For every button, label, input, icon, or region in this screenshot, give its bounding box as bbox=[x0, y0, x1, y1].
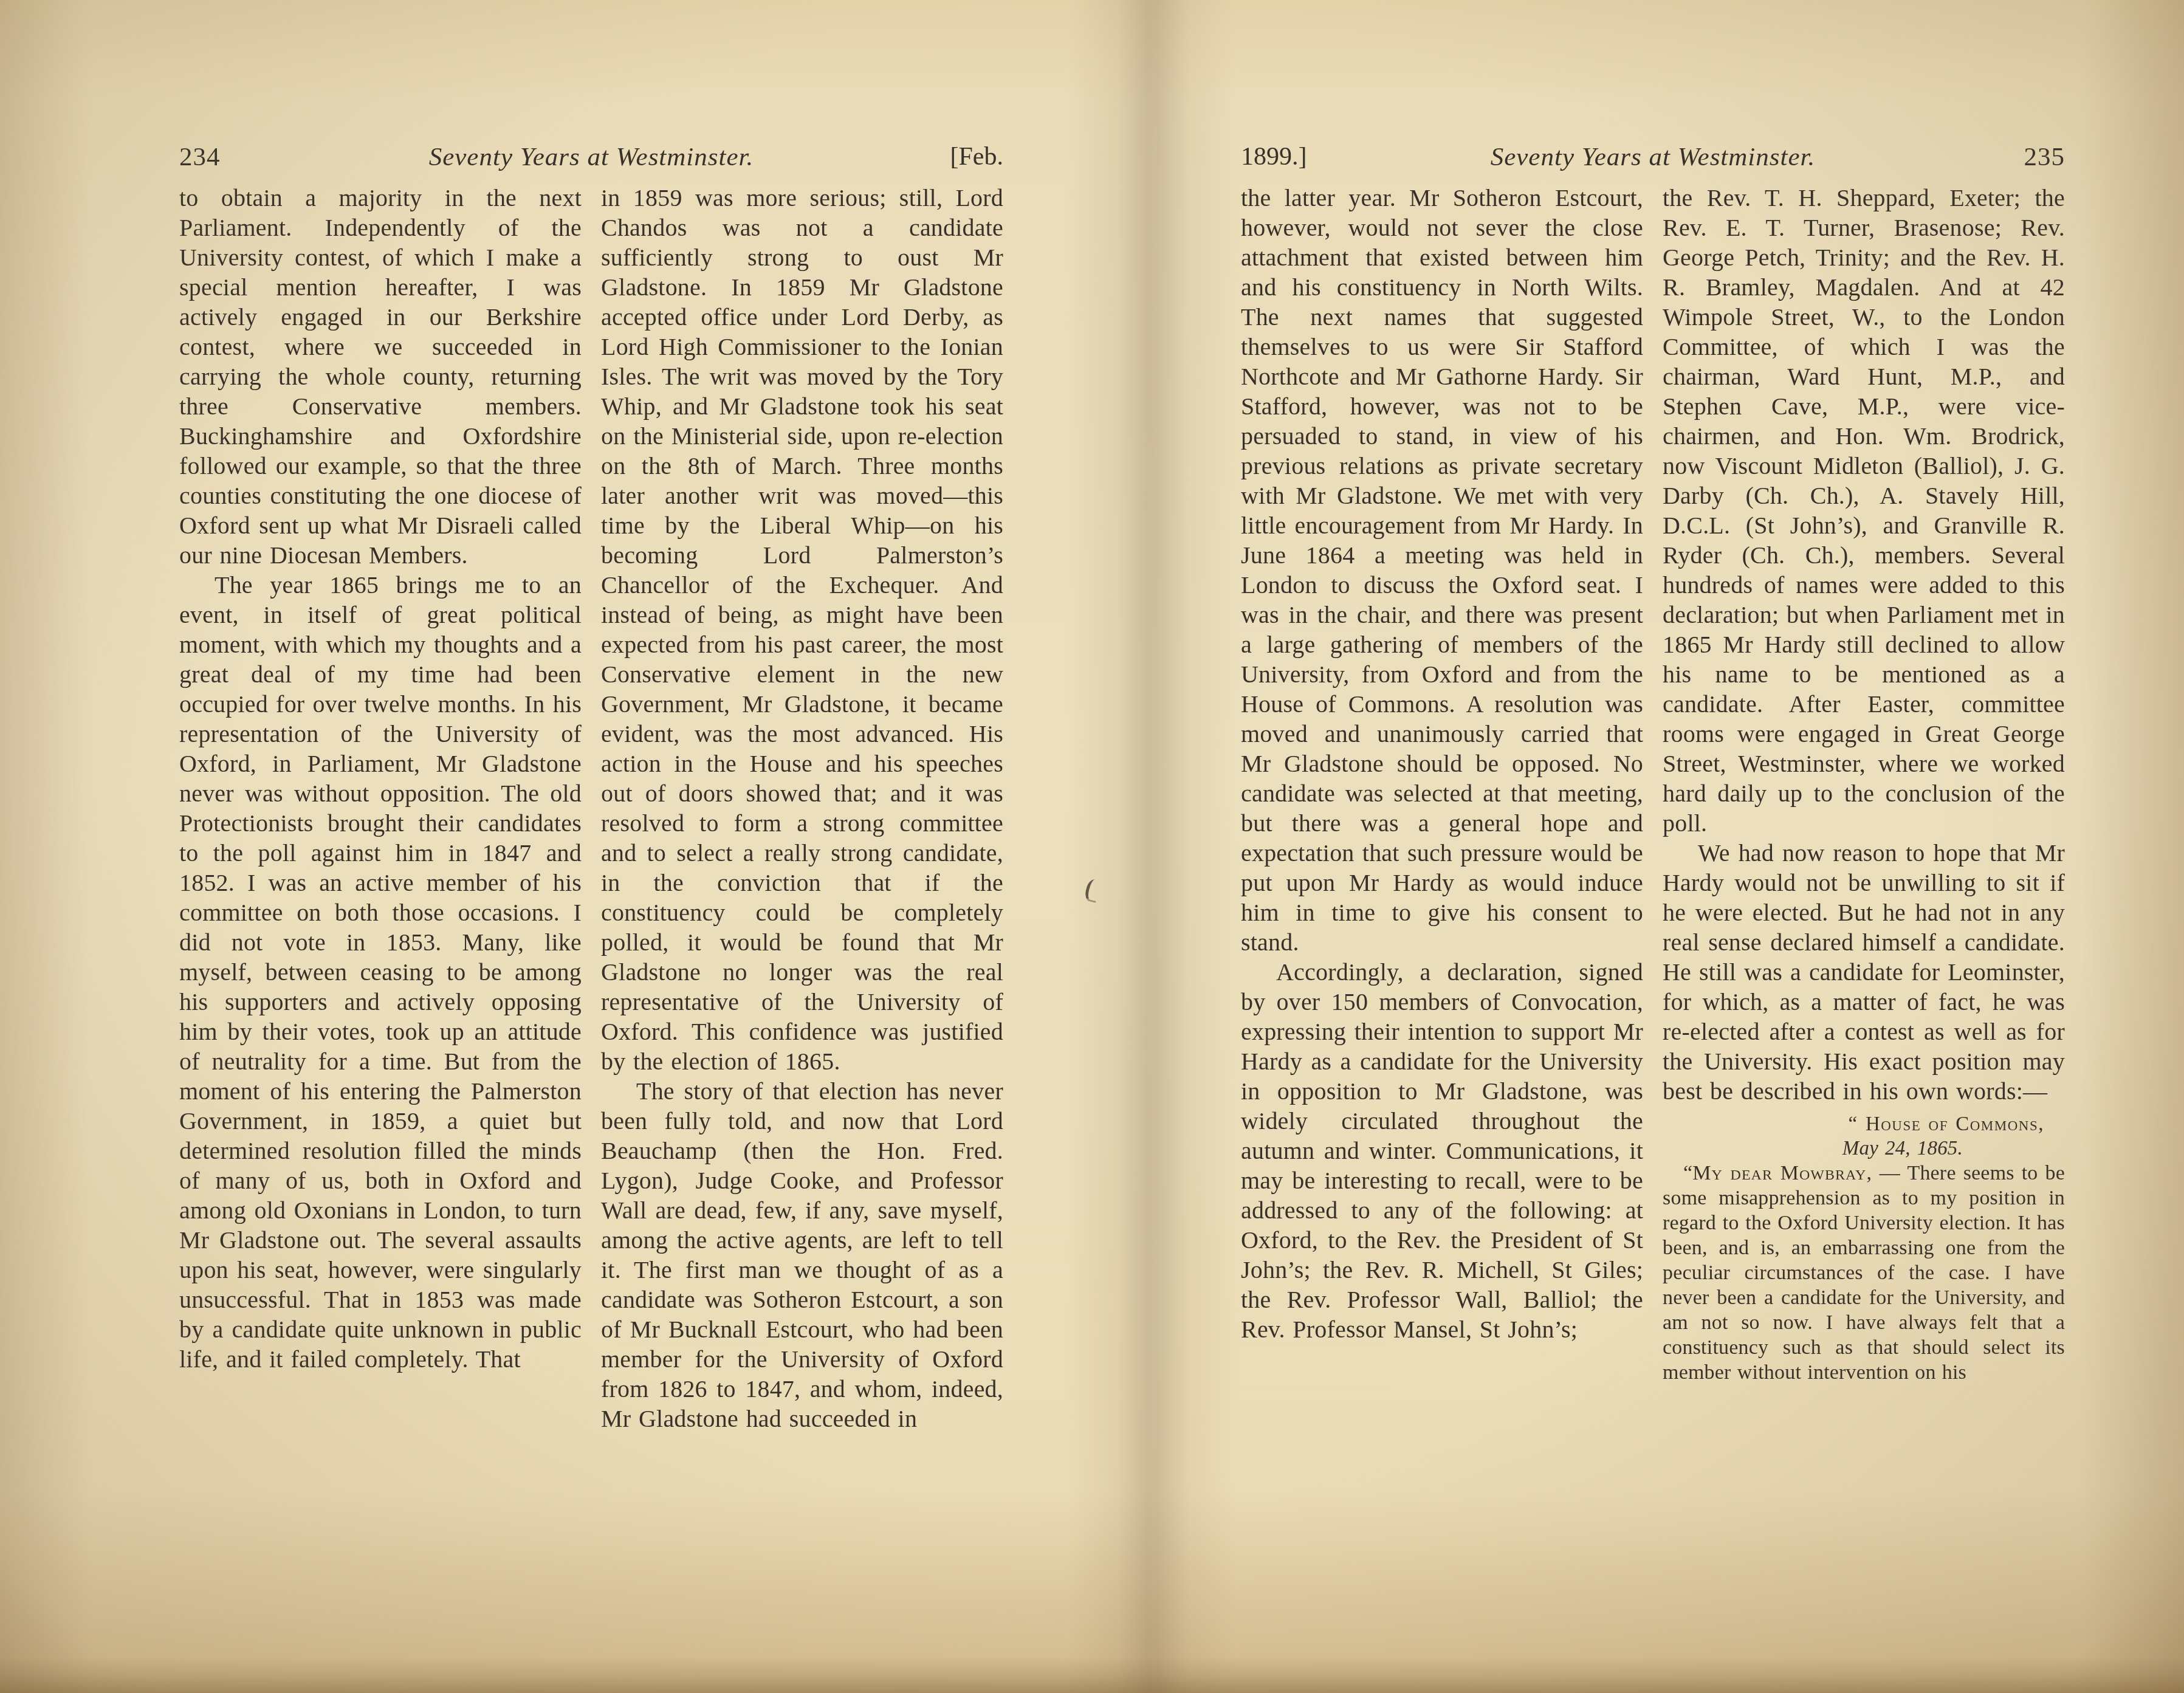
paragraph: the latter year. Mr Sotheron Estcourt, h… bbox=[1241, 183, 1643, 957]
right-page-column-1: the latter year. Mr Sotheron Estcourt, h… bbox=[1241, 183, 1643, 1344]
right-page-number: 235 bbox=[2024, 142, 2066, 172]
right-page-column-2: the Rev. T. H. Sheppard, Exeter; the Rev… bbox=[1663, 183, 2065, 1385]
letter-body: “My dear Mowbray, — There seems to be so… bbox=[1663, 1161, 2065, 1385]
left-issue-marker: [Feb. bbox=[950, 142, 1004, 171]
left-running-title: Seventy Years at Westminster. bbox=[179, 142, 1003, 172]
book-scan-spread: 234 Seventy Years at Westminster. [Feb. … bbox=[0, 0, 2184, 1693]
page-gutter-shadow bbox=[1066, 0, 1237, 1693]
right-edge-shadow bbox=[2081, 0, 2184, 1693]
letter-salutation: My dear Mowbray, bbox=[1692, 1162, 1872, 1184]
right-page-header: 1899.] Seventy Years at Westminster. 235 bbox=[1241, 142, 2065, 179]
letter-date: May 24, 1865. bbox=[1663, 1136, 2065, 1161]
letter-place: “ House of Commons, bbox=[1849, 1113, 2044, 1135]
letter-text: — There seems to be some misapprehension… bbox=[1663, 1162, 2065, 1384]
paragraph: in 1859 was more serious; still, Lord Ch… bbox=[601, 183, 1003, 1076]
left-page-header: 234 Seventy Years at Westminster. [Feb. bbox=[179, 142, 1003, 179]
paragraph: the Rev. T. H. Sheppard, Exeter; the Rev… bbox=[1663, 183, 2065, 838]
letter-place-line: “ House of Commons, bbox=[1663, 1112, 2065, 1136]
left-page-column-2: in 1859 was more serious; still, Lord Ch… bbox=[601, 183, 1003, 1434]
paragraph: to obtain a majority in the next Parliam… bbox=[179, 183, 582, 570]
bottom-edge-shadow bbox=[0, 1657, 2184, 1693]
letter-open-quote: “ bbox=[1683, 1162, 1692, 1184]
paragraph: The story of that election has never bee… bbox=[601, 1076, 1003, 1434]
letter-heading: “ House of Commons, May 24, 1865. bbox=[1663, 1112, 2065, 1161]
right-running-title: Seventy Years at Westminster. bbox=[1241, 142, 2065, 172]
paragraph: Accordingly, a declaration, signed by ov… bbox=[1241, 957, 1643, 1344]
paragraph: The year 1865 brings me to an event, in … bbox=[179, 570, 582, 1374]
left-edge-shadow bbox=[0, 0, 91, 1693]
paragraph: We had now reason to hope that Mr Hardy … bbox=[1663, 838, 2065, 1106]
left-page-column-1: to obtain a majority in the next Parliam… bbox=[179, 183, 582, 1374]
